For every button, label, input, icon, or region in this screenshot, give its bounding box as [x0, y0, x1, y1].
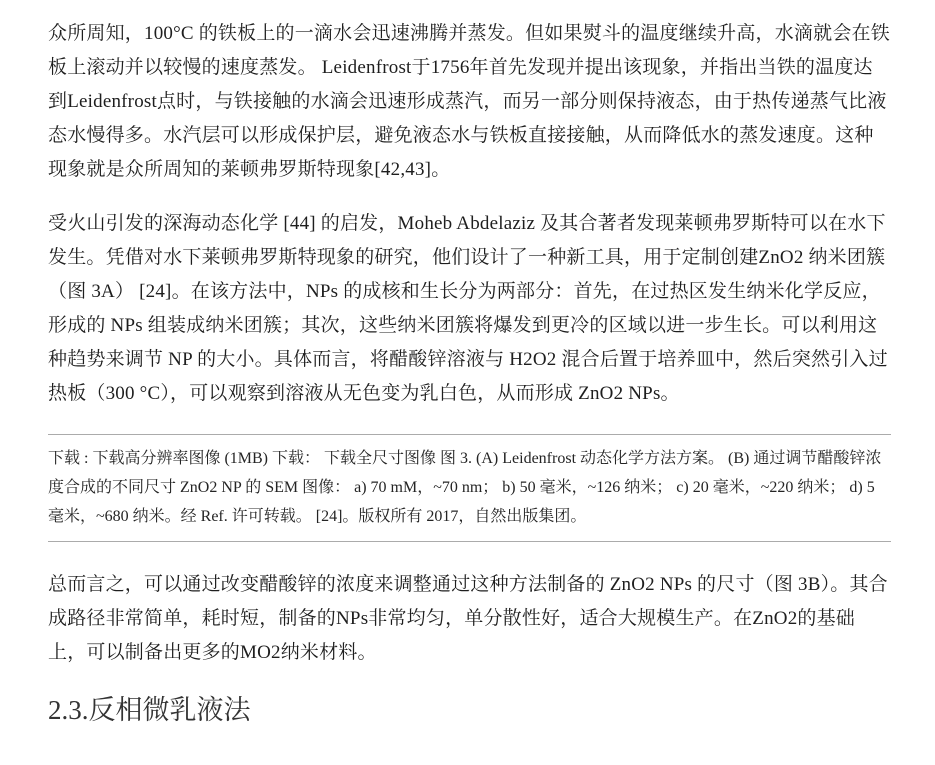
download-full-size-image-link[interactable]: 下载全尺寸图像	[324, 450, 436, 467]
paragraph-leidenfrost-intro: 众所周知，100°C 的铁板上的一滴水会迅速沸腾并蒸发。但如果熨斗的温度继续升高…	[48, 17, 891, 187]
figure-caption-block: 下载 : 下载高分辨率图像 (1MB) 下载： 下载全尺寸图像 图 3. (A)…	[48, 434, 891, 542]
download-label-secondary: 下载：	[272, 450, 320, 467]
paragraph-summary: 总而言之，可以通过改变醋酸锌的浓度来调整通过这种方法制备的 ZnO2 NPs 的…	[48, 568, 891, 670]
section-heading-2-3-reverse-microemulsion: 2.3.反相微乳液法	[48, 694, 891, 726]
download-label-primary: 下载 :	[48, 450, 88, 467]
article-content: 众所周知，100°C 的铁板上的一滴水会迅速沸腾并蒸发。但如果熨斗的温度继续升高…	[0, 0, 935, 726]
paragraph-underwater-leidenfrost: 受火山引发的深海动态化学 [44] 的启发，Moheb Abdelaziz 及其…	[48, 207, 891, 411]
download-high-res-image-link[interactable]: 下载高分辨率图像 (1MB)	[92, 450, 268, 467]
